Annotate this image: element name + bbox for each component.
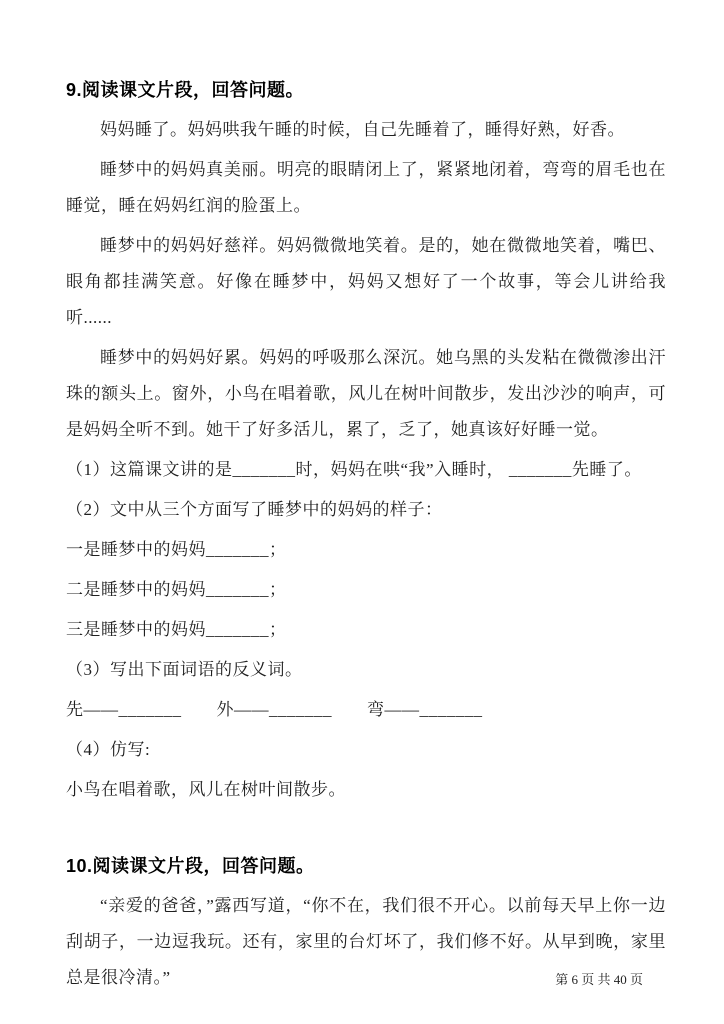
passage-paragraph-1: 妈妈睡了。妈妈哄我午睡的时候，自己先睡着了，睡得好熟，好香。 (66, 112, 666, 148)
passage-paragraph-2: 睡梦中的妈妈真美丽。明亮的眼睛闭上了，紧紧地闭着，弯弯的眉毛也在睡觉，睡在妈妈红… (66, 152, 666, 224)
question-4: （4）仿写: (66, 732, 666, 768)
question-2-item-3: 三是睡梦中的妈妈_______； (66, 612, 666, 648)
passage-paragraph-4: 睡梦中的妈妈好累。妈妈的呼吸那么深沉。她乌黑的头发粘在微微渗出汗珠的额头上。窗外… (66, 340, 666, 448)
question-2: （2）文中从三个方面写了睡梦中的妈妈的样子： (66, 492, 666, 528)
question-2-item-2: 二是睡梦中的妈妈_______； (66, 572, 666, 608)
question-1: （1）这篇课文讲的是_______时，妈妈在哄“我”入睡时， _______先睡… (66, 452, 666, 488)
section-9-heading: 9.阅读课文片段，回答问题。 (66, 72, 666, 108)
page-number-indicator: 第 6 页 共 40 页 (555, 969, 643, 988)
document-page: 9.阅读课文片段，回答问题。 妈妈睡了。妈妈哄我午睡的时候，自己先睡着了，睡得好… (0, 0, 724, 1024)
question-3-antonym-blanks: 先——_______ 外——_______ 弯——_______ (66, 692, 666, 728)
passage-paragraph-3: 睡梦中的妈妈好慈祥。妈妈微微地笑着。是的，她在微微地笑着，嘴巴、眼角都挂满笑意。… (66, 228, 666, 336)
section-10-heading: 10.阅读课文片段，回答问题。 (66, 848, 666, 884)
section-9: 9.阅读课文片段，回答问题。 妈妈睡了。妈妈哄我午睡的时候，自己先睡着了，睡得好… (66, 72, 666, 808)
page-content: 9.阅读课文片段，回答问题。 妈妈睡了。妈妈哄我午睡的时候，自己先睡着了，睡得好… (66, 72, 666, 1000)
question-3: （3）写出下面词语的反义词。 (66, 652, 666, 688)
question-4-example-sentence: 小鸟在唱着歌，风儿在树叶间散步。 (66, 772, 666, 808)
question-2-item-1: 一是睡梦中的妈妈_______； (66, 532, 666, 568)
